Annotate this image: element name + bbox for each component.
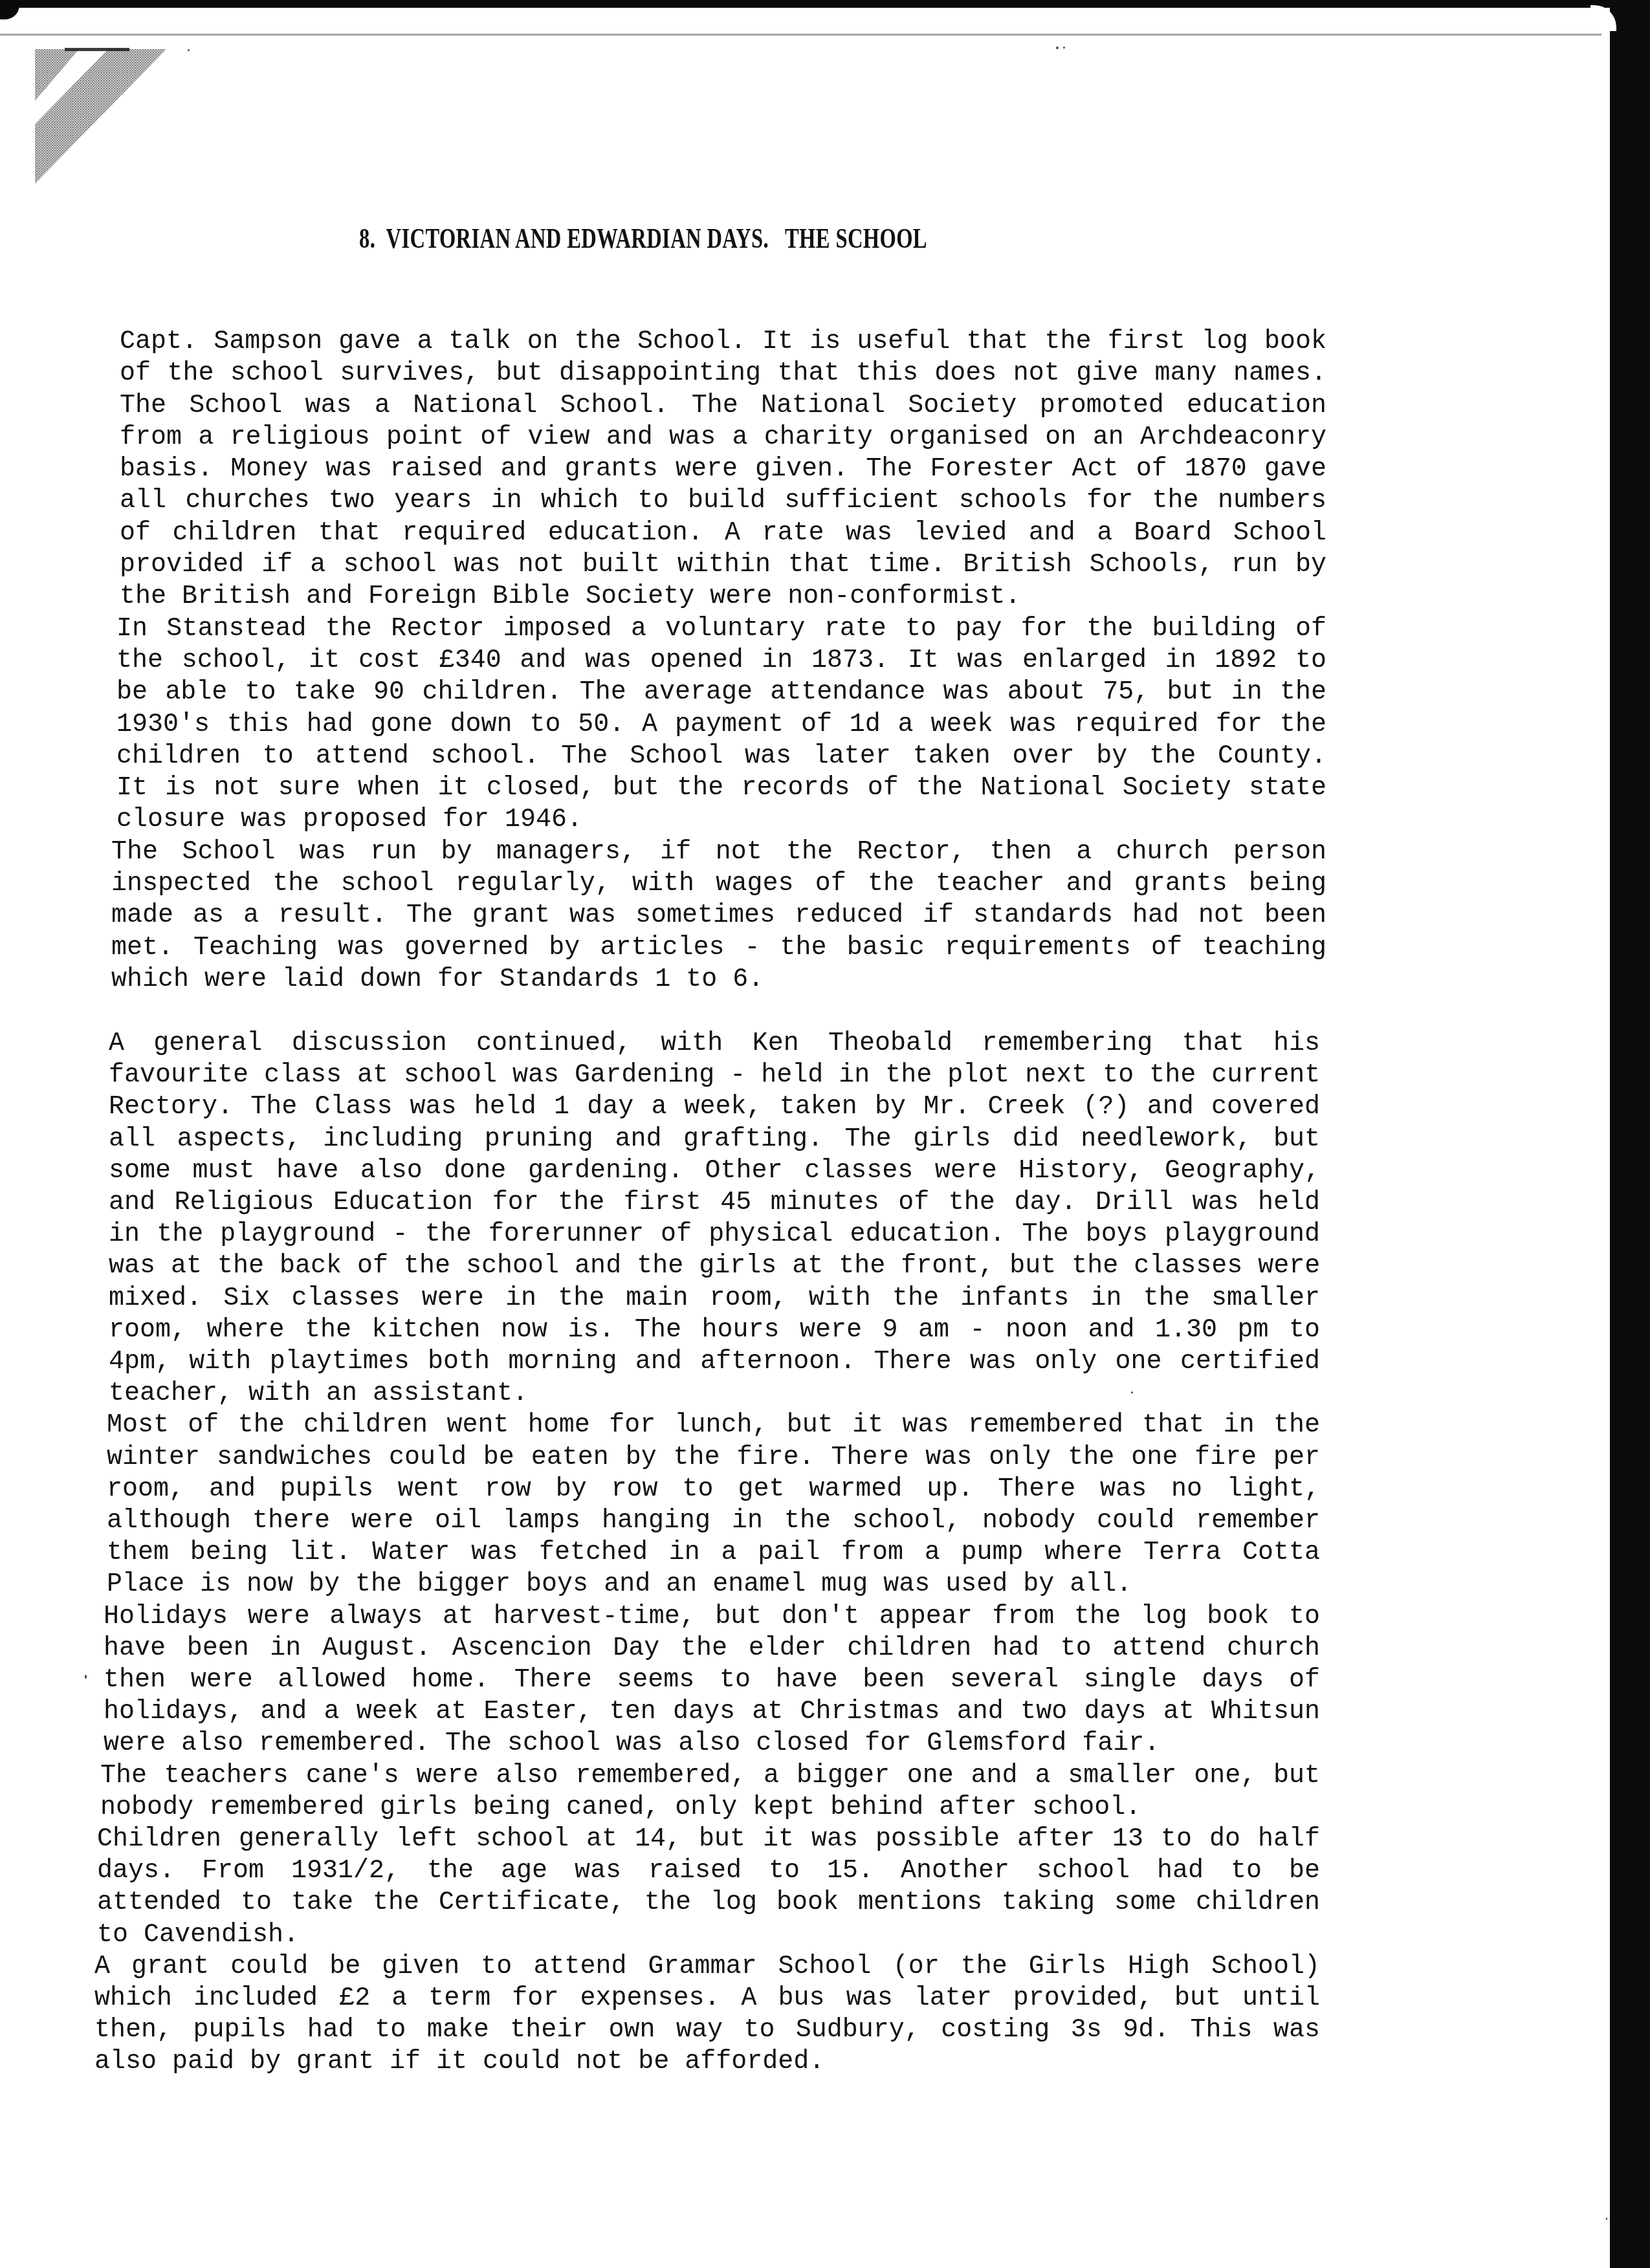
- text-line: Holidays were always at harvest-time, bu…: [104, 1602, 1320, 1633]
- text-line: of the school survives, but disappointin…: [120, 358, 1326, 389]
- text-line: which included £2 a term for expenses. A…: [94, 1983, 1320, 2014]
- text-line: days. From 1931/2, the age was raised to…: [97, 1856, 1320, 1887]
- text-line: A general discussion continued, with Ken…: [109, 1029, 1320, 1060]
- text-line: then were allowed home. There seems to h…: [104, 1665, 1320, 1696]
- text-line: all aspects, including pruning and graft…: [109, 1124, 1320, 1155]
- scan-speck: [85, 1675, 87, 1679]
- text-line: mixed. Six classes were in the main room…: [109, 1283, 1320, 1314]
- text-line: 1930's this had gone down to 50. A payme…: [116, 710, 1326, 741]
- text-line: also paid by grant if it could not be af…: [94, 2047, 1320, 2078]
- text-line: Children generally left school at 14, bu…: [97, 1824, 1320, 1855]
- scan-speck: [1606, 2218, 1607, 2220]
- text-line: room, where the kitchen now is. The hour…: [109, 1315, 1320, 1346]
- text-line: met. Teaching was governed by articles -…: [111, 933, 1326, 964]
- text-line: room, and pupils went row by row to get …: [107, 1474, 1320, 1505]
- text-line: then, pupils had to make their own way t…: [94, 2015, 1320, 2046]
- scan-right-border: [1610, 0, 1650, 2268]
- scan-speck: [1056, 47, 1059, 49]
- text-line: holidays, and a week at Easter, ten days…: [104, 1697, 1320, 1728]
- text-line: the British and Foreign Bible Society we…: [120, 582, 1326, 613]
- text-line: although there were oil lamps hanging in…: [107, 1506, 1320, 1537]
- text-line: them being lit. Water was fetched in a p…: [107, 1538, 1320, 1569]
- scan-speck: [188, 49, 190, 51]
- text-line: Most of the children went home for lunch…: [107, 1410, 1320, 1441]
- text-line: Place is now by the bigger boys and an e…: [107, 1569, 1320, 1600]
- text-line: 4pm, with playtimes both morning and aft…: [109, 1347, 1320, 1378]
- text-line: The School was run by managers, if not t…: [111, 837, 1326, 868]
- text-line: closure was proposed for 1946.: [116, 805, 1326, 836]
- text-line: inspected the school regularly, with wag…: [111, 869, 1326, 900]
- text-line: children to attend school. The School wa…: [116, 741, 1326, 772]
- text-line: the school, it cost £340 and was opened …: [116, 646, 1326, 677]
- text-line: basis. Money was raised and grants were …: [120, 454, 1326, 485]
- text-line: all churches two years in which to build…: [120, 486, 1326, 517]
- text-line: Capt. Sampson gave a talk on the School.…: [120, 327, 1326, 358]
- scan-top-border: [0, 0, 1650, 8]
- text-line: to Cavendish.: [97, 1920, 1320, 1951]
- text-line: have been in August. Ascencion Day the e…: [104, 1633, 1320, 1664]
- text-line: and Religious Education for the first 45…: [109, 1188, 1320, 1219]
- scan-fold-line: [0, 34, 1601, 36]
- text-line: made as a result. The grant was sometime…: [111, 900, 1326, 932]
- text-line: be able to take 90 children. The average…: [116, 677, 1326, 708]
- text-line: The School was a National School. The Na…: [120, 391, 1326, 422]
- text-line: Rectory. The Class was held 1 day a week…: [109, 1092, 1320, 1123]
- text-line: was at the back of the school and the gi…: [109, 1251, 1320, 1282]
- text-line: in the playground - the forerunner of ph…: [109, 1219, 1320, 1250]
- text-line: It is not sure when it closed, but the r…: [116, 773, 1326, 804]
- text-line: from a religious point of view and was a…: [120, 422, 1326, 453]
- striped-triangle-icon: [34, 47, 173, 186]
- page-title: 8. VICTORIAN AND EDWARDIAN DAYS. THE SCH…: [359, 222, 914, 255]
- text-line: A grant could be given to attend Grammar…: [94, 1952, 1320, 1983]
- text-line: teacher, with an assistant.: [109, 1379, 1320, 1410]
- scan-speck: [1063, 47, 1065, 49]
- text-line: nobody remembered girls being caned, onl…: [100, 1793, 1320, 1824]
- text-line: which were laid down for Standards 1 to …: [111, 965, 1326, 996]
- page-corner-left: [0, 5, 19, 19]
- text-line: In Stanstead the Rector imposed a volunt…: [116, 614, 1326, 645]
- scan-speck: [1131, 1391, 1133, 1393]
- text-line: favourite class at school was Gardening …: [109, 1060, 1320, 1091]
- text-line: The teachers cane's were also remembered…: [100, 1761, 1320, 1792]
- text-line: winter sandwiches could be eaten by the …: [107, 1443, 1320, 1474]
- text-line: provided if a school was not built withi…: [120, 550, 1326, 581]
- text-line: were also remembered. The school was als…: [104, 1728, 1320, 1760]
- text-line: some must have also done gardening. Othe…: [109, 1156, 1320, 1187]
- text-line: attended to take the Certificate, the lo…: [97, 1888, 1320, 1919]
- text-line: of children that required education. A r…: [120, 518, 1326, 549]
